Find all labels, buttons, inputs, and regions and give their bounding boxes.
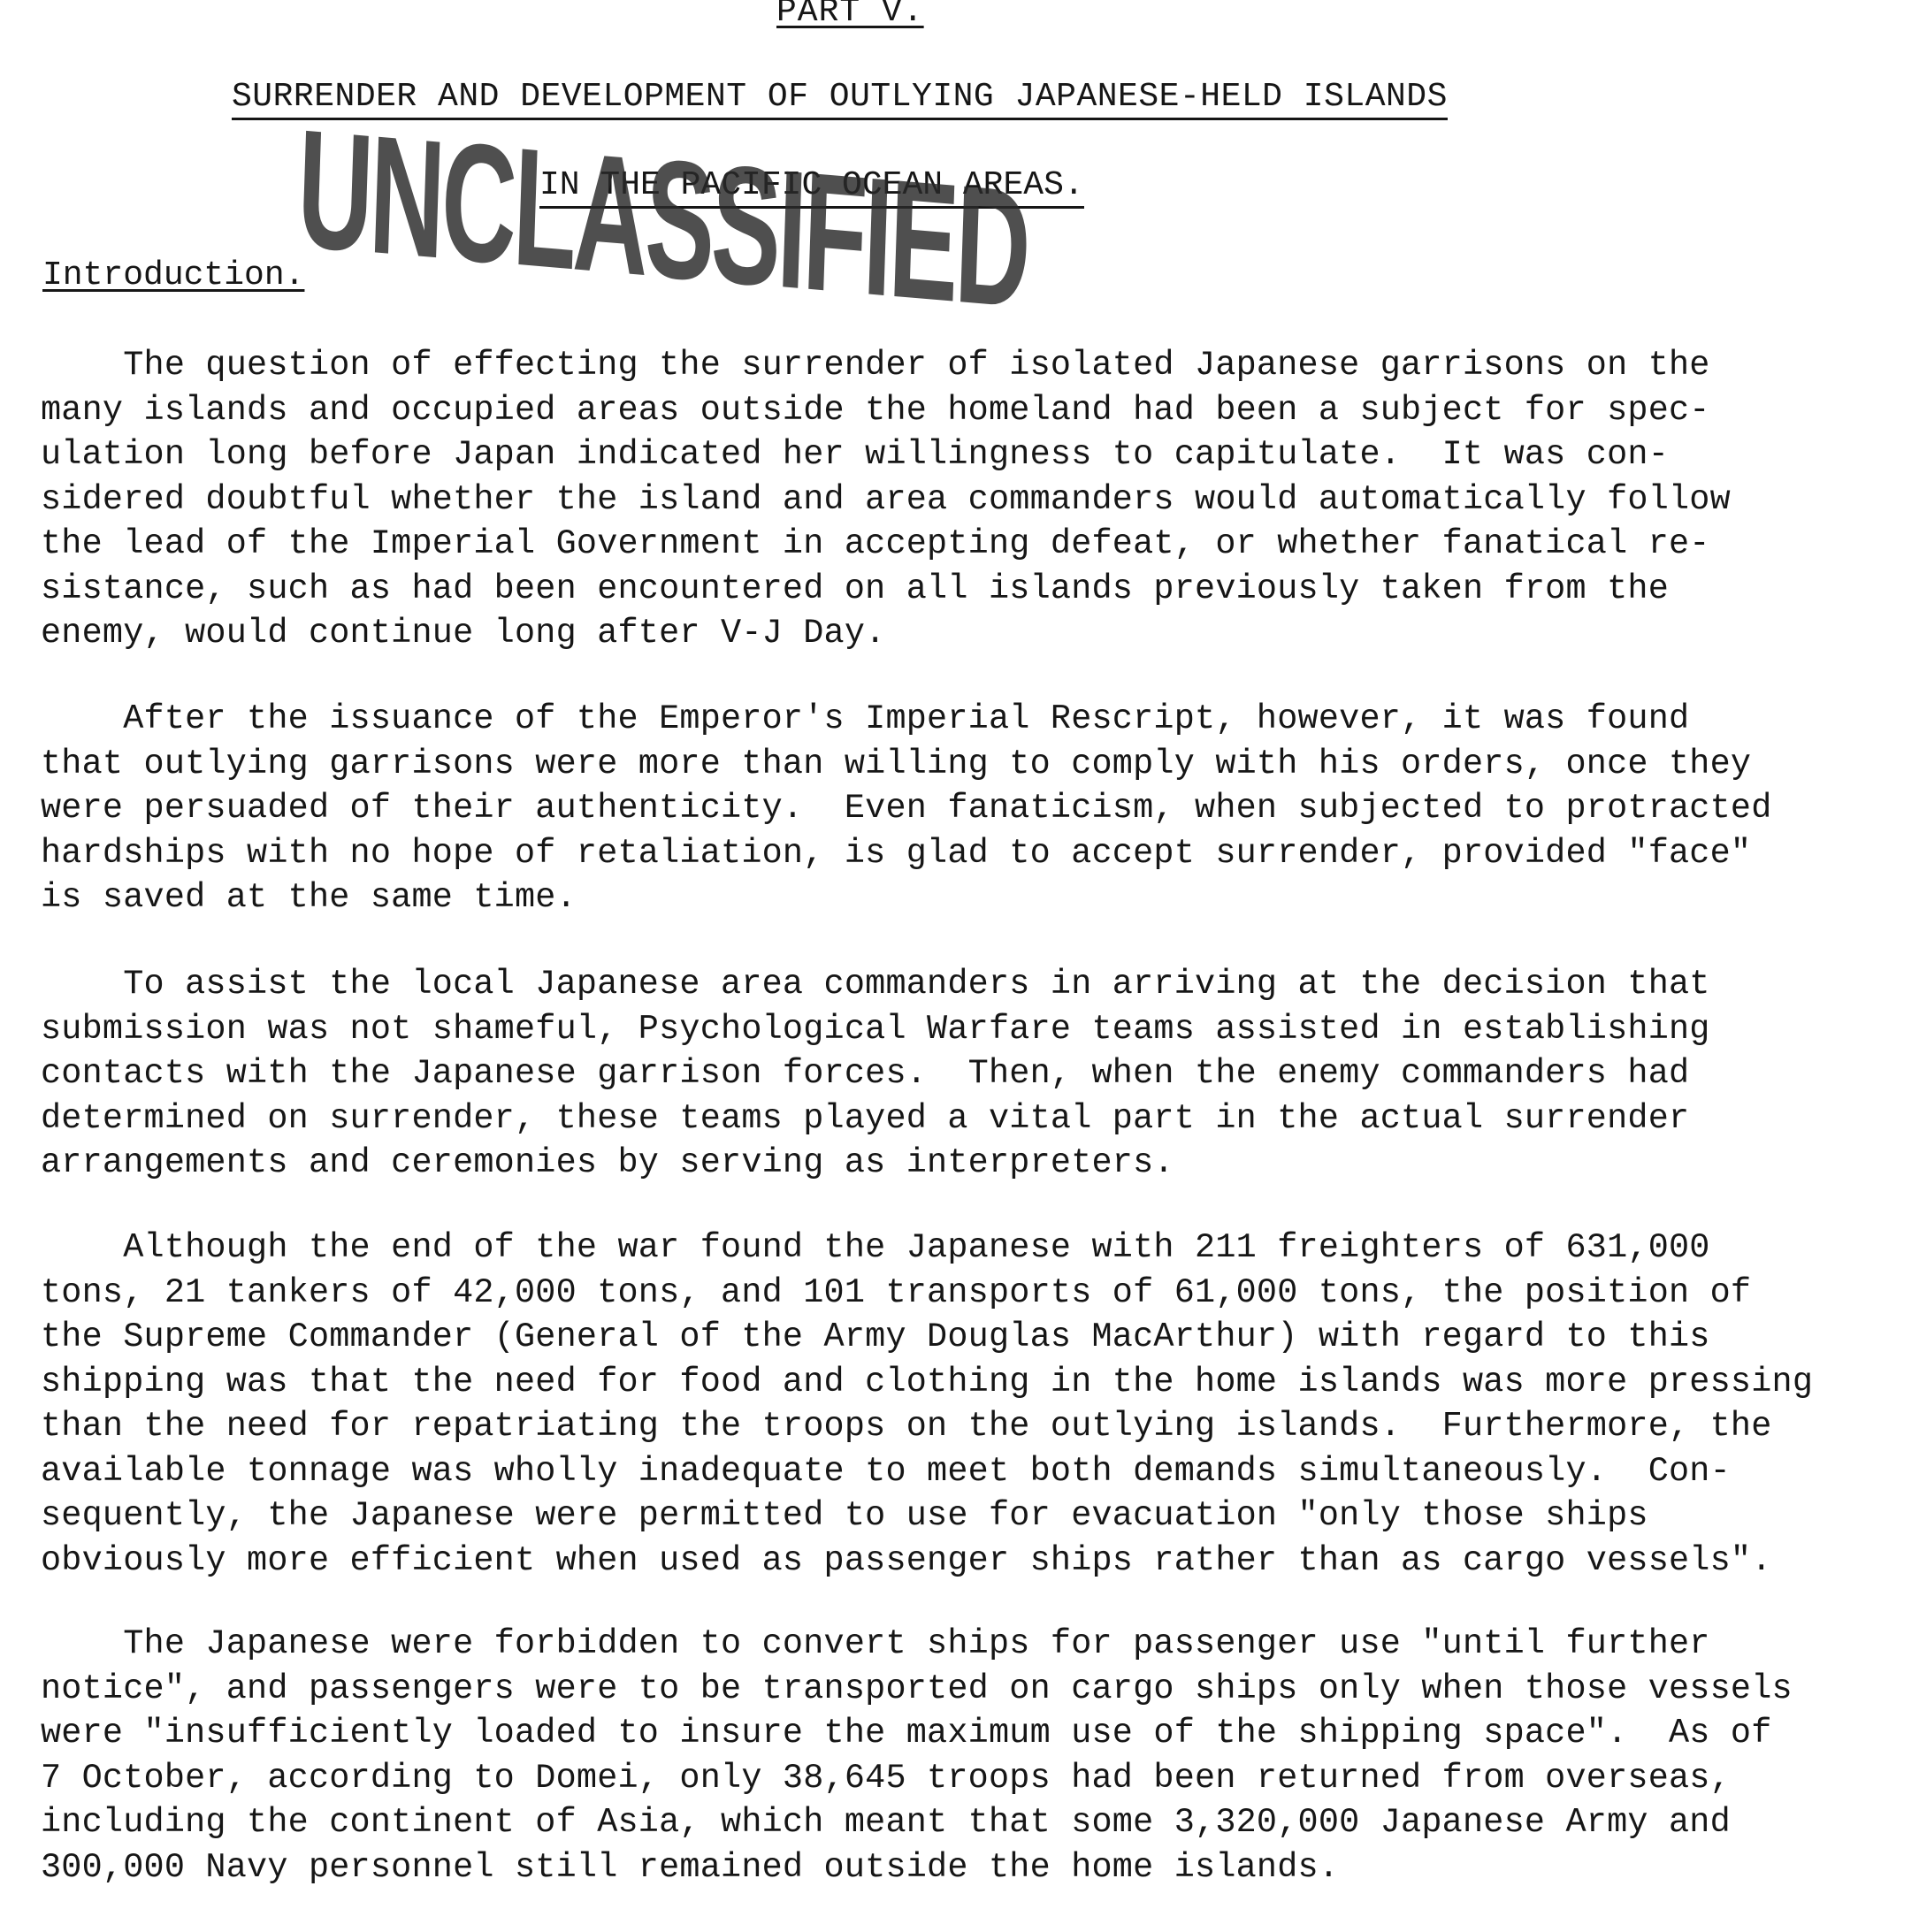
- paragraph-1: The question of effecting the surrender …: [41, 343, 1907, 656]
- paragraph-line: ulation long before Japan indicated her …: [41, 432, 1907, 477]
- paragraph-line: is saved at the same time.: [41, 875, 1907, 920]
- part-heading: PART V.: [776, 0, 924, 31]
- paragraph-line: the Supreme Commander (General of the Ar…: [41, 1315, 1907, 1360]
- paragraph-line: that outlying garrisons were more than w…: [41, 742, 1907, 787]
- paragraph-line: 7 October, according to Domei, only 38,6…: [41, 1756, 1907, 1801]
- paragraph-4: Although the end of the war found the Ja…: [41, 1226, 1907, 1583]
- paragraph-line: sequently, the Japanese were permitted t…: [41, 1493, 1907, 1539]
- paragraph-line: many islands and occupied areas outside …: [41, 388, 1907, 433]
- paragraph-line: enemy, would continue long after V-J Day…: [41, 611, 1907, 656]
- paragraph-line: including the continent of Asia, which m…: [41, 1800, 1907, 1845]
- paragraph-3: To assist the local Japanese area comman…: [41, 962, 1907, 1186]
- unclassified-stamp: UNCLASSIFIED: [295, 104, 1030, 333]
- paragraph-5: The Japanese were forbidden to convert s…: [41, 1622, 1907, 1890]
- paragraph-line: The question of effecting the surrender …: [41, 343, 1907, 388]
- paragraph-line: To assist the local Japanese area comman…: [41, 962, 1907, 1007]
- paragraph-line: hardships with no hope of retaliation, i…: [41, 831, 1907, 876]
- paragraph-line: were persuaded of their authenticity. Ev…: [41, 786, 1907, 831]
- paragraph-line: shipping was that the need for food and …: [41, 1360, 1907, 1405]
- paragraph-line: notice", and passengers were to be trans…: [41, 1667, 1907, 1712]
- paragraph-line: the lead of the Imperial Government in a…: [41, 522, 1907, 567]
- paragraph-line: After the issuance of the Emperor's Impe…: [41, 697, 1907, 742]
- paragraph-line: contacts with the Japanese garrison forc…: [41, 1051, 1907, 1096]
- paragraph-line: than the need for repatriating the troop…: [41, 1404, 1907, 1449]
- paragraph-line: Although the end of the war found the Ja…: [41, 1226, 1907, 1271]
- paragraph-line: were "insufficiently loaded to insure th…: [41, 1711, 1907, 1756]
- section-heading: Introduction.: [42, 256, 304, 294]
- paragraph-line: determined on surrender, these teams pla…: [41, 1096, 1907, 1142]
- paragraph-line: sidered doubtful whether the island and …: [41, 477, 1907, 523]
- paragraph-2: After the issuance of the Emperor's Impe…: [41, 697, 1907, 920]
- paragraph-line: 300,000 Navy personnel still remained ou…: [41, 1845, 1907, 1890]
- paragraph-line: submission was not shameful, Psychologic…: [41, 1007, 1907, 1052]
- paragraph-line: available tonnage was wholly inadequate …: [41, 1449, 1907, 1494]
- paragraph-line: sistance, such as had been encountered o…: [41, 567, 1907, 612]
- paragraph-line: arrangements and ceremonies by serving a…: [41, 1141, 1907, 1186]
- paragraph-line: tons, 21 tankers of 42,000 tons, and 101…: [41, 1271, 1907, 1316]
- paragraph-line: The Japanese were forbidden to convert s…: [41, 1622, 1907, 1667]
- paragraph-line: obviously more efficient when used as pa…: [41, 1539, 1907, 1584]
